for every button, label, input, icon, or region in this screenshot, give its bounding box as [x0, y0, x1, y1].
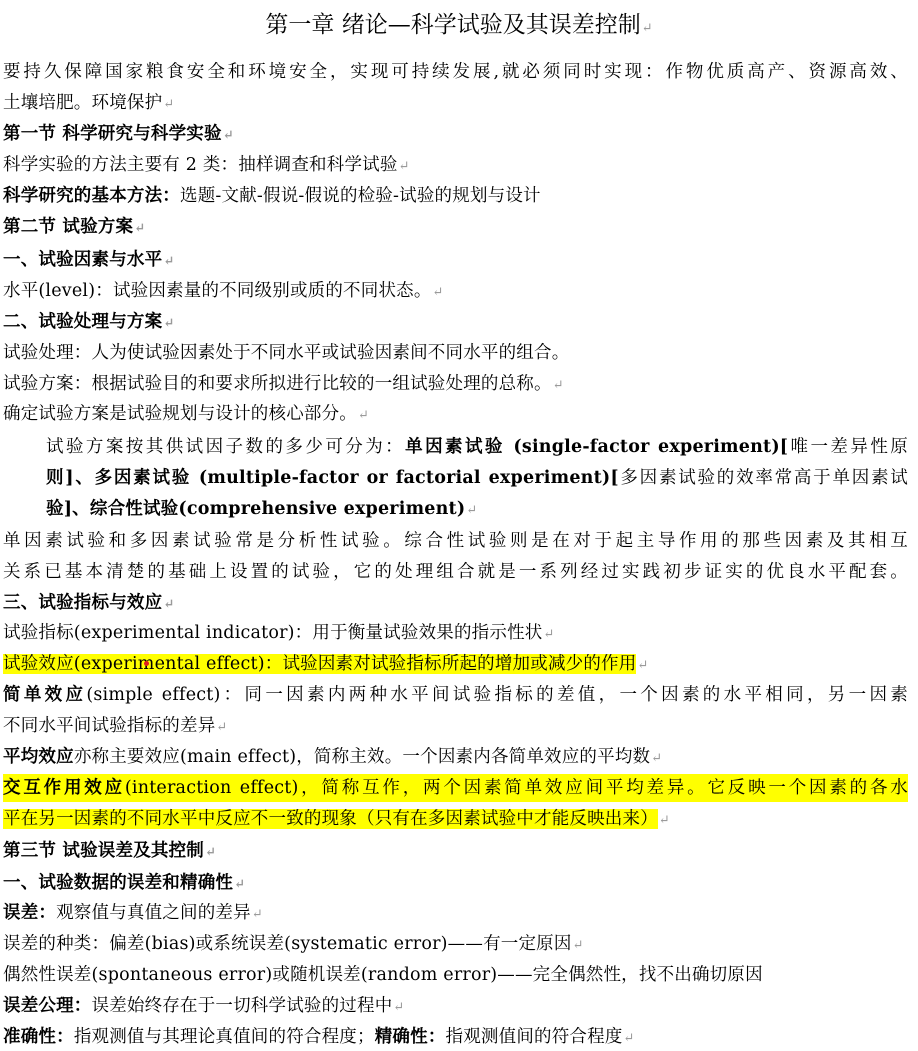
paragraph-mark-icon: ↵	[642, 21, 653, 36]
paragraph-mark-icon: ↵	[163, 316, 174, 331]
subheading-indicator-effect: 三、试验指标与效应↵	[3, 589, 174, 617]
section-1-heading: 第一节 科学研究与科学实验↵	[3, 120, 234, 148]
random-error: 偶然性误差(spontaneous error)或随机误差(random err…	[3, 961, 763, 989]
paragraph-mark-icon: ↵	[433, 285, 444, 300]
paragraph-mark-icon: ↵	[163, 97, 174, 112]
simple-effect-line-2: 不同水平间试验指标的差异↵	[3, 712, 228, 740]
intro-line-2: 土壤培肥。环境保护↵	[3, 89, 174, 117]
error-axiom: 误差公理：误差始终存在于一切科学试验的过程中↵	[3, 992, 405, 1020]
paragraph-mark-icon: ↵	[234, 877, 245, 892]
analysis-line-2: 关系已基本清楚的基础上设置的试验，它的处理组合就是一系列经过实践初步证实的优良水…	[3, 558, 908, 586]
indicator-definition: 试验指标(experimental indicator)：用于衡量试验效果的指示…	[3, 619, 555, 647]
paragraph-mark-icon: ↵	[637, 658, 648, 673]
chapter-title: 第一章 绪论—科学试验及其误差控制↵	[0, 10, 918, 44]
interaction-effect-line-1-highlighted: 交互作用效应(interaction effect)，简称互作，两个因素简单效应…	[3, 774, 908, 802]
subheading-treatment-scheme: 二、试验处理与方案↵	[3, 308, 174, 336]
treatment-definition: 试验处理：人为使试验因素处于不同水平或试验因素间不同水平的组合。	[3, 339, 569, 367]
analysis-line-1: 单因素试验和多因素试验常是分析性试验。综合性试验则是在对于起主导作用的那些因素及…	[3, 527, 908, 555]
cursor-marker-dot-icon	[144, 661, 149, 666]
paragraph-mark-icon: ↵	[393, 1000, 404, 1015]
section-3-heading: 第三节 试验误差及其控制↵	[3, 837, 216, 865]
paragraph-mark-icon: ↵	[252, 907, 263, 922]
subheading-factors-levels: 一、试验因素与水平↵	[3, 246, 174, 274]
paragraph-mark-icon: ↵	[624, 1031, 635, 1046]
scheme-definition: 试验方案：根据试验目的和要求所拟进行比较的一组试验处理的总称。↵	[3, 370, 564, 398]
paragraph-mark-icon: ↵	[659, 813, 670, 828]
paragraph-mark-icon: ↵	[163, 254, 174, 269]
intro-line-1: 要持久保障国家粮食安全和环境安全，实现可持续发展,就必须同时实现：作物优质高产、…	[3, 58, 908, 86]
paragraph-mark-icon: ↵	[399, 159, 410, 174]
error-types: 误差的种类：偏差(bias)或系统误差(systematic error)——有…	[3, 930, 584, 958]
paragraph-mark-icon: ↵	[358, 408, 369, 423]
error-definition: 误差：观察值与真值之间的差异↵	[3, 899, 263, 927]
paragraph-mark-icon: ↵	[651, 751, 662, 766]
paragraph-mark-icon: ↵	[163, 597, 174, 612]
interaction-effect-line-2-highlighted: 平在另一因素的不同水平中反应不一致的现象（只有在多因素试验中才能反映出来）↵	[3, 805, 670, 833]
paragraph-mark-icon: ↵	[543, 627, 554, 642]
accuracy-precision: 准确性：指观测值与其理论真值间的符合程度；精确性：指观测值间的符合程度↵	[3, 1023, 635, 1051]
classify-line-1: 试验方案按其供试因子数的多少可分为：单因素试验 (single-factor e…	[46, 433, 908, 461]
paragraph-mark-icon: ↵	[216, 720, 227, 735]
paragraph-mark-icon: ↵	[223, 128, 234, 143]
paragraph-mark-icon: ↵	[466, 503, 477, 518]
section-2-heading: 第二节 试验方案↵	[3, 213, 145, 241]
basic-methods: 科学研究的基本方法：选题-文献-假说-假说的检验-试验的规划与设计	[3, 182, 541, 210]
paragraph-mark-icon: ↵	[134, 221, 145, 236]
classify-line-3: 验]、综合性试验(comprehensive experiment)↵	[46, 495, 477, 523]
core-statement: 确定试验方案是试验规划与设计的核心部分。↵	[3, 400, 369, 428]
simple-effect-line-1: 简单效应(simple effect)：同一因素内两种水平间试验指标的差值，一个…	[3, 681, 908, 709]
paragraph-mark-icon: ↵	[573, 938, 584, 953]
paragraph-mark-icon: ↵	[553, 378, 564, 393]
classify-line-2: 则]、多因素试验 (multiple-factor or factorial e…	[46, 464, 908, 492]
main-effect: 平均效应亦称主要效应(main effect)，简称主效。一个因素内各简单效应的…	[3, 743, 662, 771]
level-definition: 水平(level)：试验因素量的不同级别或质的不同状态。↵	[3, 277, 444, 305]
effect-definition-highlighted: 试验效应(experimental effect)：试验因素对试验指标所起的增加…	[3, 650, 649, 678]
paragraph-mark-icon: ↵	[205, 845, 216, 860]
methods-text: 科学实验的方法主要有 2 类：抽样调查和科学试验↵	[3, 151, 410, 179]
subheading-error-precision: 一、试验数据的误差和精确性↵	[3, 869, 245, 897]
